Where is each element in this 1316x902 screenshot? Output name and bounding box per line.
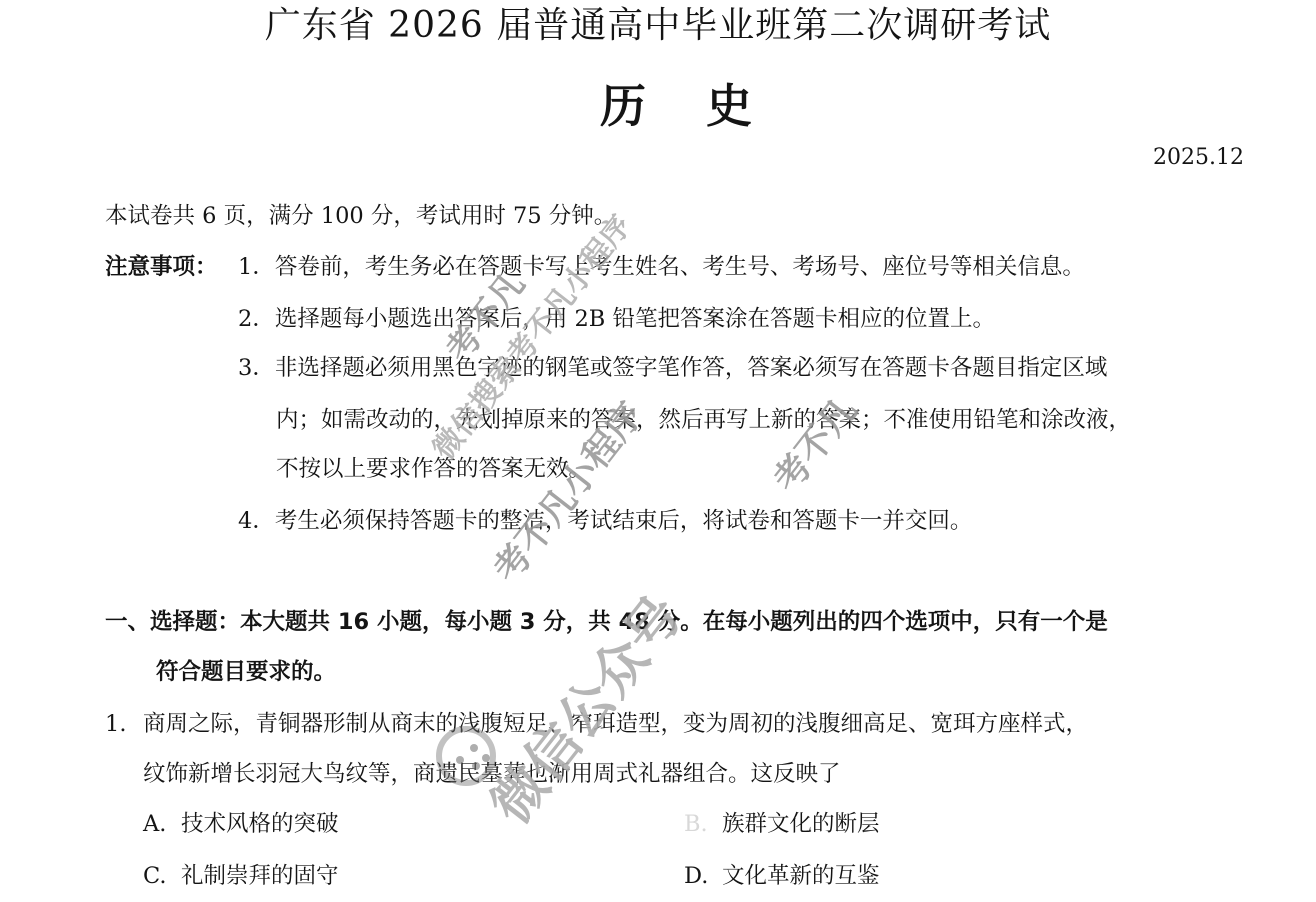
option-b-letter: B. — [684, 808, 722, 840]
option-a: A.技术风格的突破 — [143, 808, 339, 840]
option-a-letter: A. — [143, 808, 181, 840]
option-b: B.族群文化的断层 — [684, 808, 880, 840]
notice-item-3-line-1: 3．非选择题必须用黑色字迹的钢笔或签字笔作答，答案必须写在答题卡各题目指定区域 — [238, 352, 1107, 384]
question-1-line-1: 1.商周之际，青铜器形制从商末的浅腹短足、窄珥造型，变为周初的浅腹细高足、宽珥方… — [105, 708, 1088, 740]
option-c-letter: C. — [143, 860, 181, 892]
question-1-line-2: 纹饰新增长羽冠大鸟纹等，商遗民墓葬也渐用周式礼器组合。这反映了 — [143, 758, 841, 790]
subject-char-2: 史 — [706, 74, 752, 138]
option-d-letter: D. — [684, 860, 722, 892]
section-heading-line-2: 符合题目要求的。 — [156, 656, 336, 688]
option-b-text: 族群文化的断层 — [722, 811, 880, 837]
question-1-text-1: 商周之际，青铜器形制从商末的浅腹短足、窄珥造型，变为周初的浅腹细高足、宽珥方座样… — [143, 711, 1088, 737]
subject-char-1: 历 — [600, 74, 646, 138]
option-d: D.文化革新的互鉴 — [684, 860, 880, 892]
exam-intro: 本试卷共 6 页，满分 100 分，考试用时 75 分钟。 — [105, 200, 616, 232]
question-number: 1. — [105, 708, 143, 740]
watermark-right: 考不凡 — [760, 385, 867, 502]
option-c-text: 礼制崇拜的固守 — [181, 863, 339, 889]
notice-label: 注意事项： — [105, 251, 218, 283]
notice-item-2: 2．选择题每小题选出答案后，用 2B 铅笔把答案涂在答题卡相应的位置上。 — [238, 303, 995, 335]
notice-item-1: 1．答卷前，考生务必在答题卡写上考生姓名、考生号、考场号、座位号等相关信息。 — [238, 251, 1085, 283]
option-c: C.礼制崇拜的固守 — [143, 860, 339, 892]
option-a-text: 技术风格的突破 — [181, 811, 339, 837]
notice-item-3-line-3: 不按以上要求作答的答案无效。 — [276, 453, 591, 485]
notice-item-3-line-2: 内；如需改动的，先划掉原来的答案，然后再写上新的答案；不准使用铅笔和涂改液， — [276, 404, 1131, 436]
wechat-logo-dot — [470, 744, 478, 752]
exam-date: 2025.12 — [1153, 142, 1244, 174]
section-heading-line-1: 一、选择题：本大题共 16 小题，每小题 3 分，共 48 分。在每小题列出的四… — [105, 606, 1108, 638]
exam-title: 广东省 2026 届普通高中毕业班第二次调研考试 — [0, 2, 1316, 50]
notice-item-4: 4．考生必须保持答题卡的整洁，考试结束后，将试卷和答题卡一并交回。 — [238, 505, 972, 537]
option-d-text: 文化革新的互鉴 — [722, 863, 880, 889]
subject-title: 历史 — [0, 74, 1316, 138]
